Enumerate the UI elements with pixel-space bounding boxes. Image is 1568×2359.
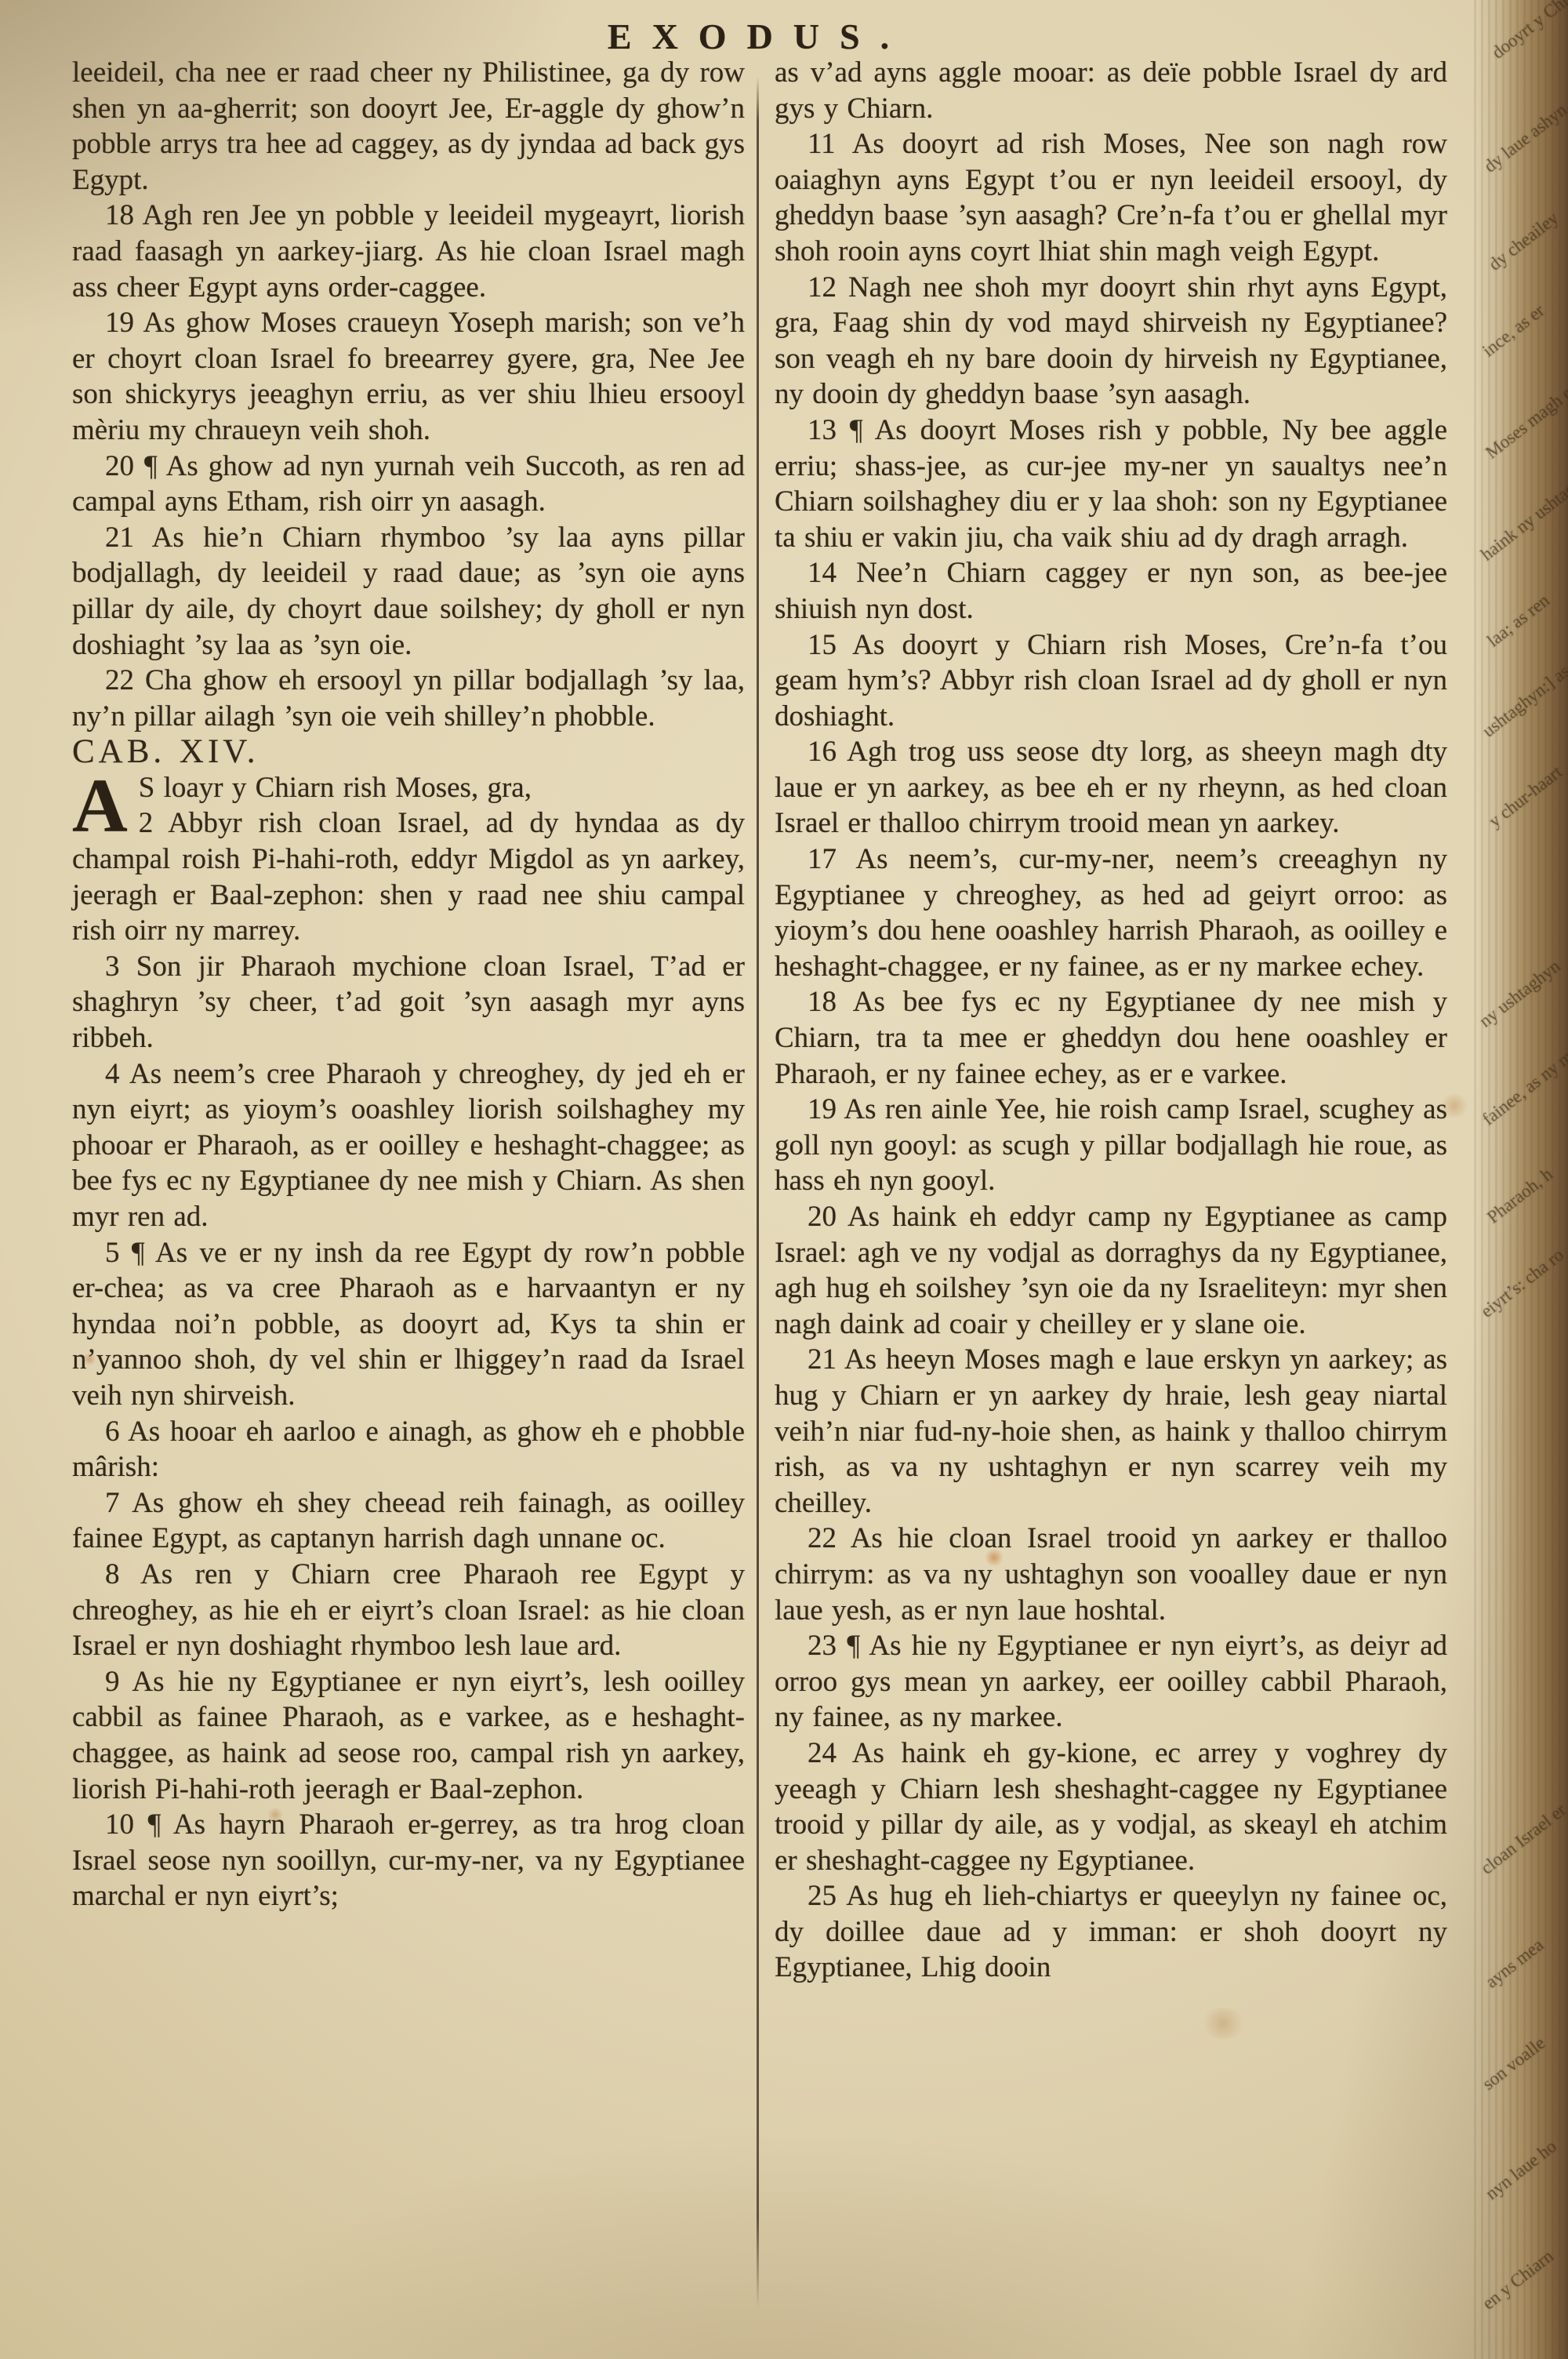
verse-paragraph: 20 As haink eh eddyr camp ny Egyptianee … xyxy=(775,1199,1447,1342)
verse-paragraph: 18 As bee fys ec ny Egyptianee dy nee mi… xyxy=(775,984,1447,1092)
verse-paragraph: 25 As hug eh lieh-chiartys er queeylyn n… xyxy=(775,1878,1447,1986)
book-page: EXODUS. leeideil, cha nee er raad cheer … xyxy=(0,0,1568,2359)
verse-paragraph: 19 As ghow Moses craueyn Yoseph marish; … xyxy=(72,305,745,448)
verse-paragraph: 16 Agh trog uss seose dty lorg, as sheey… xyxy=(775,734,1447,841)
verse-paragraph: 21 As heeyn Moses magh e laue erskyn yn … xyxy=(775,1342,1447,1521)
verse-paragraph: 12 Nagh nee shoh myr dooyrt shin rhyt ay… xyxy=(775,270,1447,413)
verse-paragraph: 23 ¶ As hie ny Egyptianee er nyn eiyrt’s… xyxy=(775,1628,1447,1736)
verse-paragraph: 9 As hie ny Egyptianee er nyn eiyrt’s, l… xyxy=(72,1664,745,1807)
verse-paragraph: 4 As neem’s cree Pharaoh y chreoghey, dy… xyxy=(72,1056,745,1235)
verse-paragraph: 10 ¶ As hayrn Pharaoh er-gerrey, as tra … xyxy=(72,1807,745,1914)
edge-text-fragment: dooyrt y Chiarn xyxy=(1488,0,1568,63)
edge-text-fragment: fainee, as ny ma xyxy=(1479,1041,1568,1129)
verse-paragraph: 18 Agh ren Jee yn pobble y leeideil myge… xyxy=(72,198,745,305)
verse-paragraph: 22 As hie cloan Israel trooid yn aarkey … xyxy=(775,1521,1447,1628)
edge-text-fragment: Moses magh e xyxy=(1482,383,1568,463)
verse-paragraph: 5 ¶ As ve er ny insh da ree Egypt dy row… xyxy=(72,1235,745,1414)
edge-text-fragment: eiyrt’s: cha ro xyxy=(1477,1245,1568,1321)
chapter-opening-text: S loayr y Chiarn rish Moses, gra, xyxy=(139,772,532,804)
edge-text-fragment: haink ny ushtagh xyxy=(1477,473,1568,565)
edge-text-fragment: nyn laue ho xyxy=(1482,2136,1561,2205)
right-column: as v’ad ayns aggle mooar: as deïe pobble… xyxy=(775,55,1447,1986)
edge-text-fragment: y chur-haart xyxy=(1485,761,1566,831)
chapter-opening-paragraph: AS loayr y Chiarn rish Moses, gra, 2 Abb… xyxy=(72,770,745,949)
foxing-stain xyxy=(1200,2008,1247,2039)
column-divider xyxy=(757,77,759,2308)
edge-text-fragment: ince, as er xyxy=(1479,300,1548,361)
verse-paragraph: 3 Son jir Pharaoh mychione cloan Israel,… xyxy=(72,949,745,1056)
verse-paragraph: 7 As ghow eh shey cheead reih fainagh, a… xyxy=(72,1485,745,1557)
adjacent-page-edge: dooyrt y Chiarn dy laue ashyn dy cheaile… xyxy=(1474,0,1568,2359)
verse-paragraph: 11 As dooyrt ad rish Moses, Nee son nagh… xyxy=(775,126,1447,269)
continuation-paragraph: leeideil, cha nee er raad cheer ny Phili… xyxy=(72,55,745,198)
continuation-paragraph: as v’ad ayns aggle mooar: as deïe pobble… xyxy=(775,55,1447,126)
edge-text-fragment: ny ushtaghyn xyxy=(1475,956,1564,1031)
edge-text-fragment: dy laue ashyn xyxy=(1480,100,1568,176)
edge-text-fragment: dy cheailey xyxy=(1485,208,1563,274)
verse-paragraph: 14 Nee’n Chiarn caggey er nyn son, as be… xyxy=(775,555,1447,627)
chapter-heading: CAB. XIV. xyxy=(72,734,745,770)
drop-cap: A xyxy=(72,775,128,838)
verse-paragraph: 8 As ren y Chiarn cree Pharaoh ree Egypt… xyxy=(72,1557,745,1664)
verse-paragraph: 17 As neem’s, cur-my-ner, neem’s creeagh… xyxy=(775,841,1447,984)
verse-paragraph: 19 As ren ainle Yee, hie roish camp Isra… xyxy=(775,1092,1447,1199)
verse-paragraph: 6 As hooar eh aarloo e ainagh, as ghow e… xyxy=(72,1414,745,1485)
edge-text-fragment: laa; as ren xyxy=(1483,591,1553,652)
verse-paragraph: 2 Abbyr rish cloan Israel, ad dy hyndaa … xyxy=(72,807,745,947)
verse-paragraph: 22 Cha ghow eh ersooyl yn pillar bodjall… xyxy=(72,663,745,734)
edge-text-fragment: Pharaoh, h xyxy=(1483,1164,1557,1227)
verse-paragraph: 20 ¶ As ghow ad nyn yurnah veih Succoth,… xyxy=(72,449,745,520)
left-column: leeideil, cha nee er raad cheer ny Phili… xyxy=(72,55,745,1914)
verse-paragraph: 24 As haink eh gy-kione, ec arrey y vogh… xyxy=(775,1736,1447,1878)
edge-text-fragment: ayns mea xyxy=(1482,1935,1548,1993)
verse-paragraph: 15 As dooyrt y Chiarn rish Moses, Cre’n-… xyxy=(775,627,1447,735)
edge-text-fragment: cloan Israel er xyxy=(1477,1800,1568,1879)
edge-text-fragment: son voalle xyxy=(1479,2033,1549,2094)
running-head: EXODUS. xyxy=(0,16,1517,57)
edge-text-fragment: en y Chiarn xyxy=(1479,2246,1558,2314)
edge-text-fragment: ushtaghyn:] as xyxy=(1479,661,1568,742)
verse-paragraph: 21 As hie’n Chiarn rhymboo ’sy laa ayns … xyxy=(72,520,745,663)
verse-paragraph: 13 ¶ As dooyrt Moses rish y pobble, Ny b… xyxy=(775,413,1447,555)
